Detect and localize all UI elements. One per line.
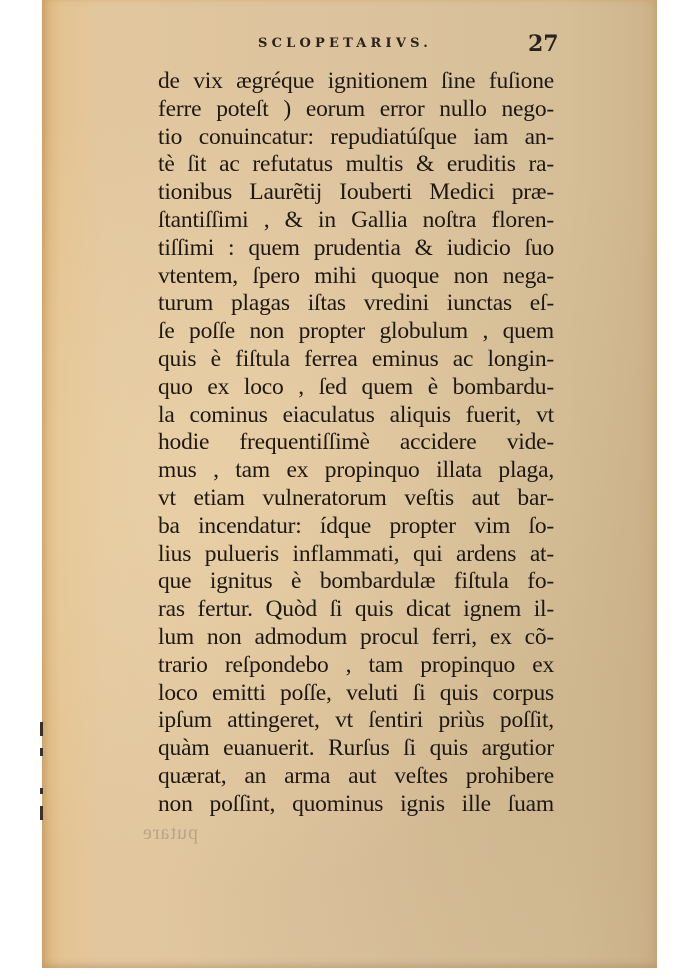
- text-line: loco emitti poſſe, veluti ſi quis corpus: [158, 680, 554, 708]
- book-page: SCLOPETARIVS. 27 de vix ægréque ignition…: [42, 0, 657, 968]
- running-head: SCLOPETARIVS.: [258, 36, 432, 51]
- text-line: vt etiam vulneratorum veſtis aut bar-: [158, 485, 554, 513]
- text-line: lum non admodum procul ferri, ex cõ-: [158, 624, 554, 652]
- text-line: lius pulueris inflammati, qui ardens at-: [158, 541, 554, 569]
- text-line: ſtantiſſimi , & in Gallia noſtra floren-: [158, 207, 554, 235]
- text-line: que ignitus è bombardulæ fiſtula fo-: [158, 568, 554, 596]
- text-line: la cominus eiaculatus aliquis fuerit, vt: [158, 402, 554, 430]
- text-line: tionibus Laurẽtij Iouberti Medici præ-: [158, 179, 554, 207]
- text-line: ſe poſſe non propter globulum , quem: [158, 318, 554, 346]
- text-line: de vix ægréque ignitionem ſine fuſione: [158, 68, 554, 96]
- text-line: ras fertur. Quòd ſi quis dicat ignem il-: [158, 596, 554, 624]
- text-line: quærat, an arma aut veſtes prohibere: [158, 763, 554, 791]
- text-line: non poſſint, quominus ignis ille ſuam: [158, 791, 554, 819]
- page-number: 27: [528, 31, 559, 57]
- text-line: tiſſimi : quem prudentia & iudicio ſuo: [158, 235, 554, 263]
- text-line: quàm euanuerit. Rurſus ſi quis argutior: [158, 735, 554, 763]
- text-line: turum plagas iſtas vredini iunctas eſ-: [158, 290, 554, 318]
- text-line: trario reſpondebo , tam propinquo ex: [158, 652, 554, 680]
- show-through-text: putare: [142, 822, 198, 845]
- page-edge-mark: [40, 722, 43, 736]
- page-edge-mark: [40, 788, 43, 794]
- page-edge-mark: [40, 748, 43, 756]
- text-line: hodie frequentiſſimè accidere vide-: [158, 429, 554, 457]
- text-line: quis è fiſtula ferrea eminus ac longin-: [158, 346, 554, 374]
- text-line: vtentem, ſpero mihi quoque non nega-: [158, 263, 554, 291]
- text-line: ipſum attingeret, vt ſentiri priùs poſſi…: [158, 707, 554, 735]
- text-line: tè ſit ac refutatus multis & eruditis ra…: [158, 151, 554, 179]
- text-line: tio conuincatur: repudiatúſque iam an-: [158, 124, 554, 152]
- page-edge-mark: [40, 806, 43, 820]
- text-line: ba incendatur: ídque propter vim ſo-: [158, 513, 554, 541]
- text-line: mus , tam ex propinquo illata plaga,: [158, 457, 554, 485]
- text-line: ferre poteſt ) eorum error nullo nego-: [158, 96, 554, 124]
- body-text: de vix ægréque ignitionem ſine fuſione f…: [158, 68, 554, 819]
- text-line: quo ex loco , ſed quem è bombardu-: [158, 374, 554, 402]
